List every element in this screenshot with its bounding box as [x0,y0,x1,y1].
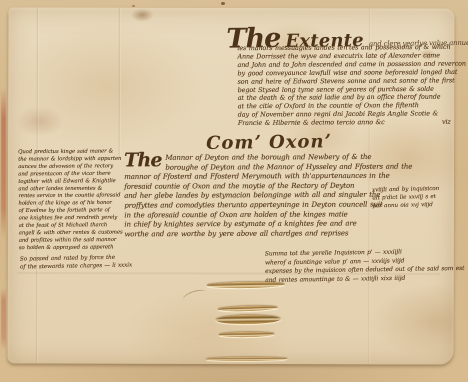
body-initial: The [124,154,162,168]
right-margin-note: xviijli and by inquisiconult p'dict lie … [372,184,468,210]
summa-reckoning-block: Summa tot the yerelie Inquisicon p' — xx… [265,247,451,285]
red-edge-streak [1,88,6,238]
seal-slit [216,315,281,325]
county-heading: Comʼ Oxonʼ [206,131,332,154]
manuscript-line: of the stewards rate charges — li xxxix [20,261,174,272]
manuscript-line: worthe and are worthe by yere above all … [124,229,389,240]
seal-slit [218,305,278,312]
extent-text-block: les manors messuagies landes ten'tes and… [237,44,458,129]
seal-slit [219,332,275,338]
seal-slit [207,281,285,288]
left-margin-note: Quod predictus kinge said maner &the man… [18,148,125,252]
manuscript-line-part: Francie & Hibernie & decimo tercio anno … [238,119,385,128]
manuscript-line: and rentes amountinge to & — xxiiijli xi… [265,274,451,286]
manuscript-line: togither with all Edward & Knightlie [18,177,124,185]
dust-speck [221,2,225,5]
manuscript-line: in chief by knightes service by estymate… [124,219,389,230]
manuscript-line-part: viz [442,119,451,127]
manuscript-line: per annu oia xvj viijd [372,200,468,210]
manuscript-line: Francie & Hibernie & decimo tercio anno … [238,119,451,129]
body-text-block: The Mannor of Deyton and the borough and… [124,153,389,240]
parchment-sheet: The Extente and clere yearlye value annu… [8,7,455,364]
seal-slit [206,357,288,362]
left-sum-note: So passed and rated by force theof the s… [20,253,174,272]
manuscript-line: so holden & appraysed as appereth [19,243,125,251]
pen-curl-mark [182,287,208,304]
manuscript-line: proffyttes and comodyties therunto apper… [124,200,389,211]
fold-crease [118,8,121,158]
dust-speck [132,5,135,7]
photo-mat-background: The Extente and clere yearlye value annu… [0,0,468,382]
red-edge-streak [1,288,6,350]
